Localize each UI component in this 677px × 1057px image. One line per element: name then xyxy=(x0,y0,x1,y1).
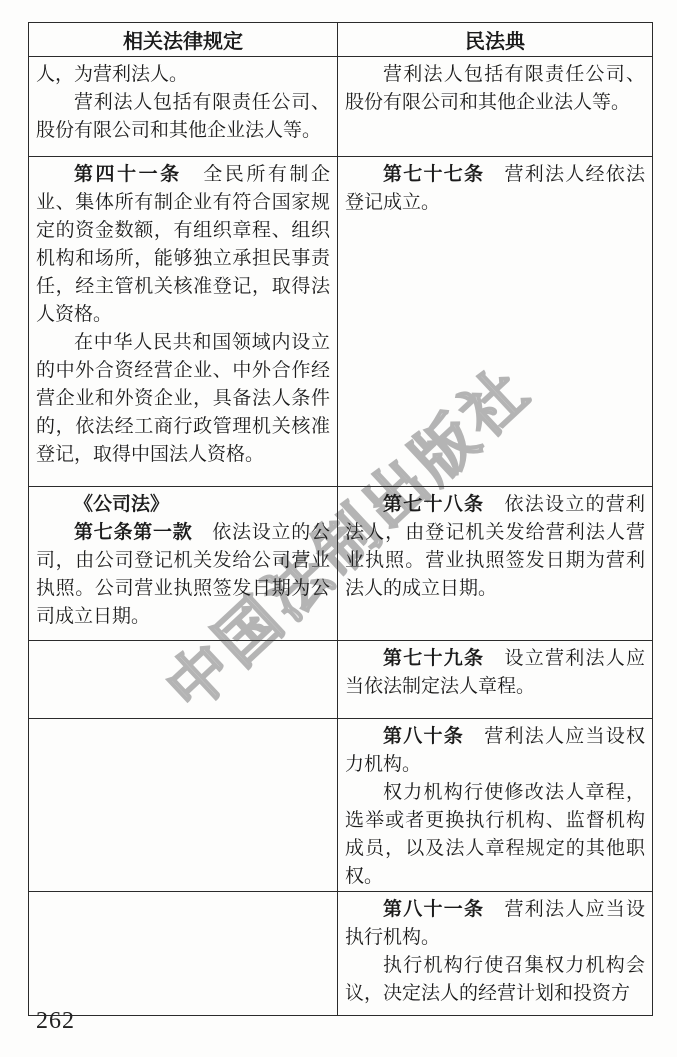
article-number: 第七条第一款 xyxy=(74,522,193,543)
cell-civil-code: 第八十一条 营利法人应当设执行机构。执行机构行使召集权力机构会议，决定法人的经营… xyxy=(338,892,653,1016)
header-row: 相关法律规定 民法典 xyxy=(29,23,653,57)
table-row: 第七十九条 设立营利法人应当依法制定法人章程。 xyxy=(29,641,653,719)
book-page: 中国法制出版社 相关法律规定 民法典 人，为营利法人。营利法人包括有限责任公司、… xyxy=(0,0,677,1057)
page-number: 262 xyxy=(36,1008,75,1035)
article-number: 第八十条 xyxy=(383,726,464,747)
table-row: 《公司法》第七条第一款 依法设立的公司，由公司登记机关发给公司营业执照。公司营业… xyxy=(29,487,653,641)
paragraph: 第八十一条 营利法人应当设执行机构。 xyxy=(345,896,645,952)
cell-related-laws: 《公司法》第七条第一款 依法设立的公司，由公司登记机关发给公司营业执照。公司营业… xyxy=(29,487,338,641)
paragraph: 第七条第一款 依法设立的公司，由公司登记机关发给公司营业执照。公司营业执照签发日… xyxy=(36,519,330,631)
paragraph: 第四十一条 全民所有制企业、集体所有制企业有符合国家规定的资金数额，有组织章程、… xyxy=(36,161,330,329)
cell-civil-code: 营利法人包括有限责任公司、股份有限公司和其他企业法人等。 xyxy=(338,57,653,157)
article-number: 第七十八条 xyxy=(383,494,484,515)
paragraph: 营利法人包括有限责任公司、股份有限公司和其他企业法人等。 xyxy=(345,61,645,117)
column-header-related-laws: 相关法律规定 xyxy=(29,23,338,57)
table-row: 人，为营利法人。营利法人包括有限责任公司、股份有限公司和其他企业法人等。营利法人… xyxy=(29,57,653,157)
paragraph: 第七十七条 营利法人经依法登记成立。 xyxy=(345,161,645,217)
paragraph: 在中华人民共和国领域内设立的中外合资经营企业、中外合作经营企业和外资企业，具备法… xyxy=(36,329,330,469)
cell-related-laws xyxy=(29,719,338,892)
cell-related-laws xyxy=(29,892,338,1016)
table-row: 第四十一条 全民所有制企业、集体所有制企业有符合国家规定的资金数额，有组织章程、… xyxy=(29,157,653,487)
paragraph: 营利法人包括有限责任公司、股份有限公司和其他企业法人等。 xyxy=(36,89,330,145)
table-row: 第八十条 营利法人应当设权力机构。权力机构行使修改法人章程，选举或者更换执行机构… xyxy=(29,719,653,892)
paragraph: 第七十八条 依法设立的营利法人，由登记机关发给营利法人营业执照。营业执照签发日期… xyxy=(345,491,645,603)
cell-civil-code: 第七十八条 依法设立的营利法人，由登记机关发给营利法人营业执照。营业执照签发日期… xyxy=(338,487,653,641)
cell-related-laws: 人，为营利法人。营利法人包括有限责任公司、股份有限公司和其他企业法人等。 xyxy=(29,57,338,157)
article-number: 《公司法》 xyxy=(74,494,169,515)
article-number: 第八十一条 xyxy=(383,899,484,920)
paragraph: 第八十条 营利法人应当设权力机构。 xyxy=(345,723,645,779)
paragraph: 人，为营利法人。 xyxy=(36,61,330,89)
column-header-civil-code: 民法典 xyxy=(338,23,653,57)
cell-related-laws xyxy=(29,641,338,719)
cell-civil-code: 第七十七条 营利法人经依法登记成立。 xyxy=(338,157,653,487)
article-number: 第四十一条 xyxy=(74,164,182,185)
paragraph: 执行机构行使召集权力机构会议，决定法人的经营计划和投资方 xyxy=(345,952,645,1008)
paragraph: 权力机构行使修改法人章程，选举或者更换执行机构、监督机构成员，以及法人章程规定的… xyxy=(345,779,645,891)
paragraph: 《公司法》 xyxy=(36,491,330,519)
table-row: 第八十一条 营利法人应当设执行机构。执行机构行使召集权力机构会议，决定法人的经营… xyxy=(29,892,653,1016)
table-body: 人，为营利法人。营利法人包括有限责任公司、股份有限公司和其他企业法人等。营利法人… xyxy=(29,57,653,1016)
paragraph: 第七十九条 设立营利法人应当依法制定法人章程。 xyxy=(345,645,645,701)
cell-civil-code: 第八十条 营利法人应当设权力机构。权力机构行使修改法人章程，选举或者更换执行机构… xyxy=(338,719,653,892)
article-number: 第七十七条 xyxy=(383,164,484,185)
article-number: 第七十九条 xyxy=(383,648,484,669)
cell-civil-code: 第七十九条 设立营利法人应当依法制定法人章程。 xyxy=(338,641,653,719)
law-comparison-table: 相关法律规定 民法典 人，为营利法人。营利法人包括有限责任公司、股份有限公司和其… xyxy=(28,22,653,1016)
cell-related-laws: 第四十一条 全民所有制企业、集体所有制企业有符合国家规定的资金数额，有组织章程、… xyxy=(29,157,338,487)
